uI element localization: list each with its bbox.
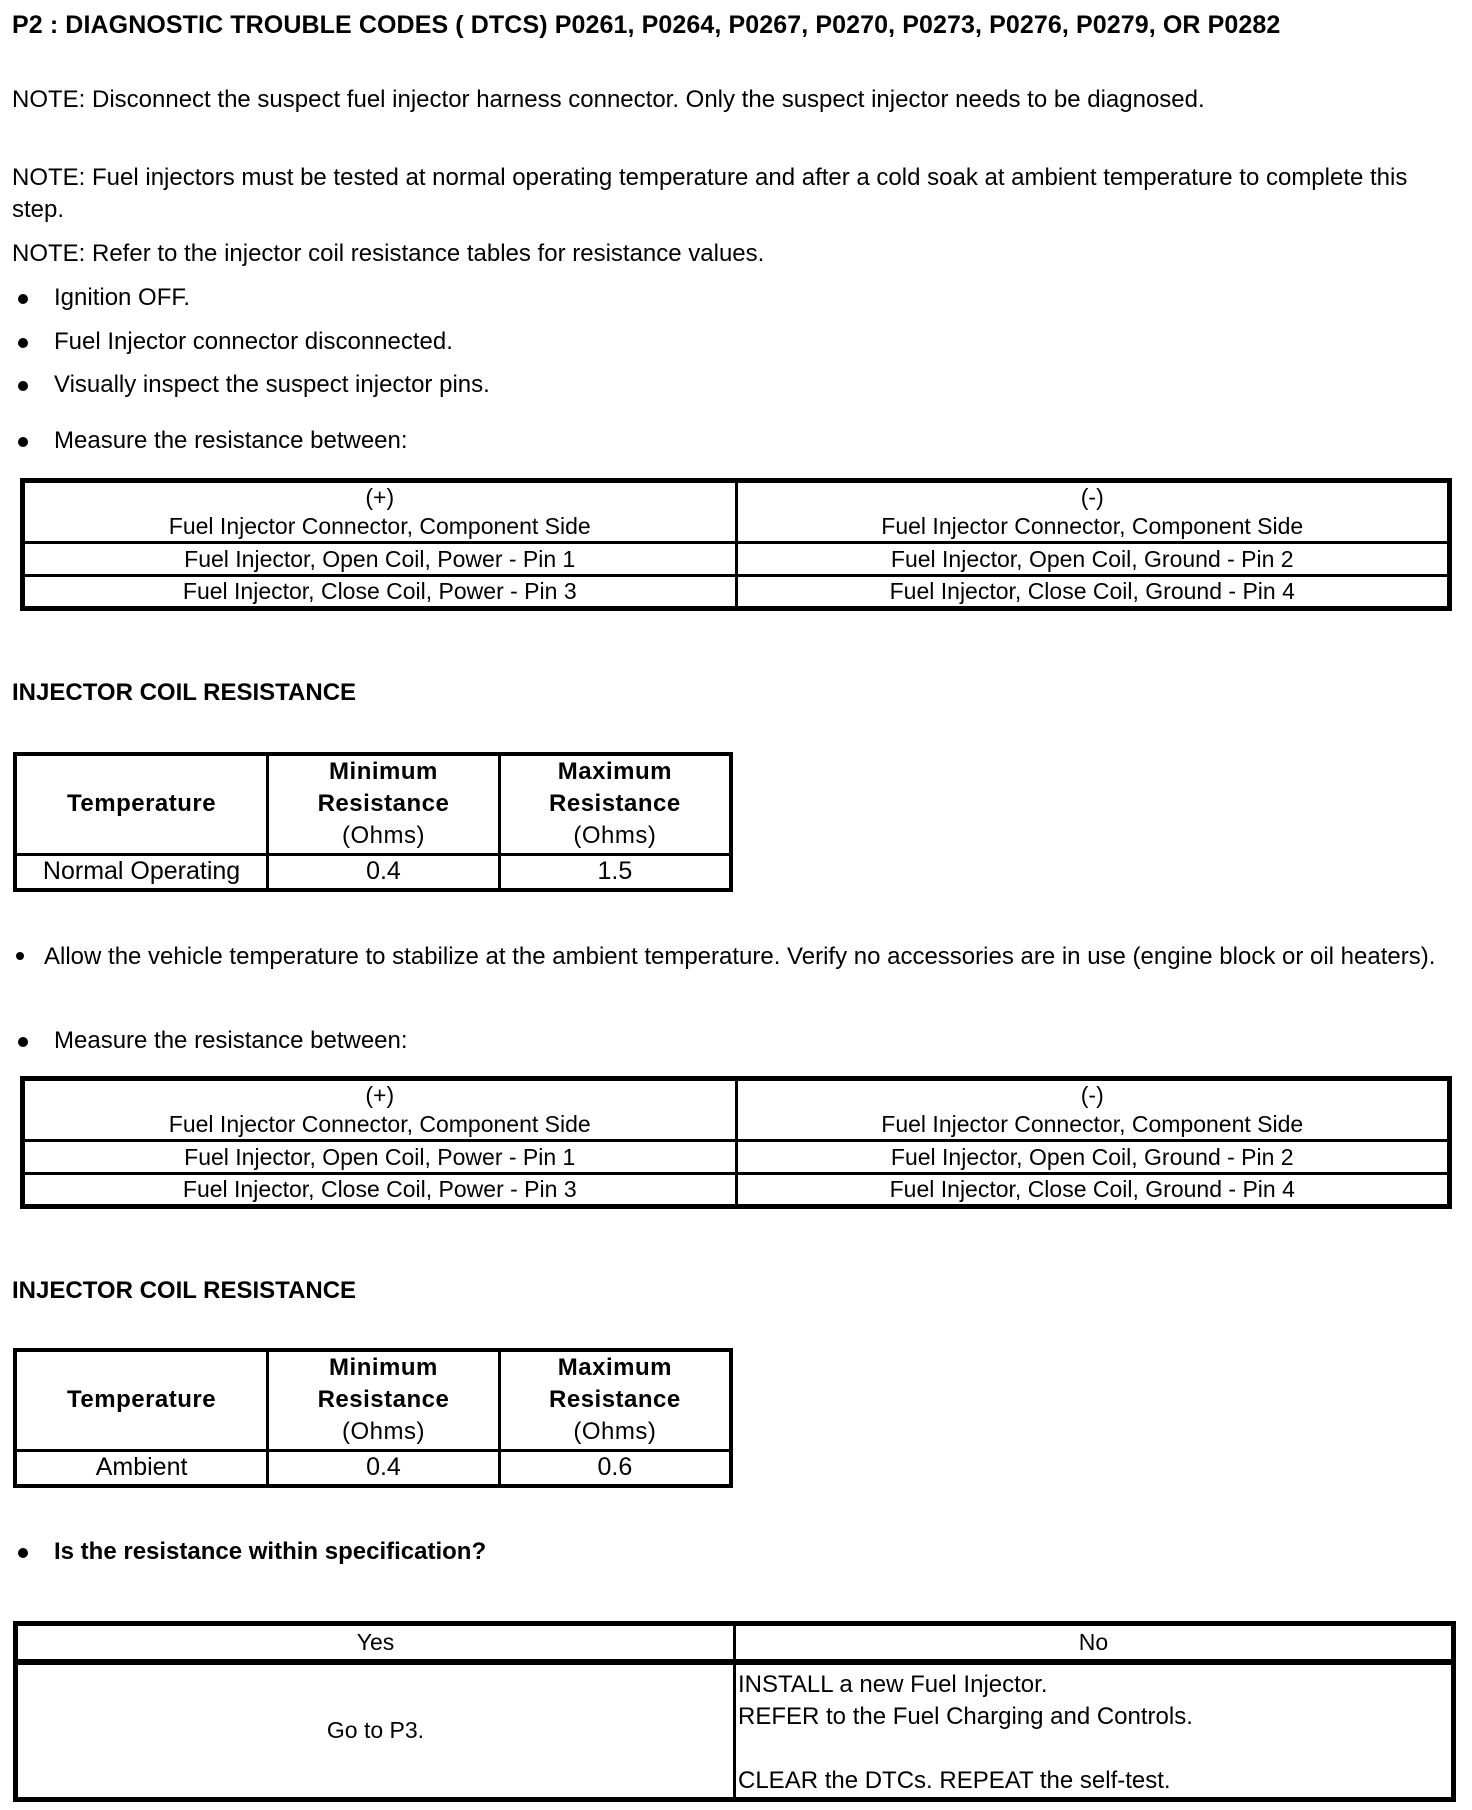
max-resistance-cell: 0.6: [499, 1450, 731, 1486]
yes-action-cell: Go to P3.: [16, 1662, 735, 1800]
positive-header-cell: (+) Fuel Injector Connector, Component S…: [23, 481, 737, 543]
step-ignition-off: Ignition OFF.: [12, 282, 1452, 314]
step-connector-disconnected: Fuel Injector connector disconnected.: [12, 326, 1452, 358]
table-row: Fuel Injector, Close Coil, Power - Pin 3…: [23, 1174, 1450, 1207]
step-text: Fuel Injector connector disconnected.: [54, 326, 453, 358]
step-measure-resistance-2: Measure the resistance between:: [12, 1025, 1452, 1057]
min-resistance-header: Minimum Resistance (Ohms): [268, 1350, 500, 1450]
negative-label: (-): [742, 1081, 1444, 1110]
table-header-row: Yes No: [16, 1624, 1454, 1662]
header-line: (Ohms): [269, 820, 498, 852]
header-line: Resistance: [269, 1384, 498, 1416]
negative-label: (-): [742, 483, 1444, 512]
note-temperature: NOTE: Fuel injectors must be tested at n…: [12, 162, 1452, 226]
resistance-table-ambient: Temperature Minimum Resistance (Ohms) Ma…: [13, 1348, 733, 1488]
positive-label: (+): [29, 1081, 731, 1110]
section-heading-resistance-2: INJECTOR COIL RESISTANCE: [12, 1276, 356, 1306]
step-text: Allow the vehicle temperature to stabili…: [44, 943, 1435, 970]
question-text: Is the resistance within specification?: [54, 1536, 486, 1568]
header-line: Maximum: [501, 756, 729, 788]
note-disconnect: NOTE: Disconnect the suspect fuel inject…: [12, 84, 1452, 116]
header-line: Minimum: [269, 1352, 498, 1384]
table-row: Fuel Injector, Open Coil, Power - Pin 1 …: [23, 543, 1450, 576]
header-line: Resistance: [501, 788, 729, 820]
header-line: Maximum: [501, 1352, 729, 1384]
bullet-icon: [18, 1548, 28, 1558]
temperature-cell: Normal Operating: [15, 854, 268, 890]
negative-header-cell: (-) Fuel Injector Connector, Component S…: [736, 481, 1450, 543]
table-cell: Fuel Injector, Close Coil, Ground - Pin …: [736, 1174, 1450, 1207]
resistance-table-normal: Temperature Minimum Resistance (Ohms) Ma…: [13, 752, 733, 892]
positive-label: (+): [29, 483, 731, 512]
table-cell: Fuel Injector, Close Coil, Power - Pin 3: [23, 1174, 737, 1207]
max-resistance-header: Maximum Resistance (Ohms): [499, 1350, 731, 1450]
header-line: (Ohms): [501, 820, 729, 852]
table-cell: Fuel Injector, Open Coil, Power - Pin 1: [23, 543, 737, 576]
header-line: (Ohms): [501, 1416, 729, 1448]
header-line: (Ohms): [269, 1416, 498, 1448]
positive-side-label: Fuel Injector Connector, Component Side: [29, 512, 731, 541]
bullet-icon: [18, 437, 28, 447]
no-action-clear: CLEAR the DTCs. REPEAT the self-test.: [738, 1765, 1451, 1797]
question-within-spec: Is the resistance within specification?: [12, 1536, 1452, 1568]
pin-measurement-table-2: (+) Fuel Injector Connector, Component S…: [20, 1076, 1452, 1209]
note-refer-tables: NOTE: Refer to the injector coil resista…: [12, 238, 1452, 270]
yes-header: Yes: [16, 1624, 735, 1662]
max-resistance-header: Maximum Resistance (Ohms): [499, 754, 731, 854]
header-line: Resistance: [501, 1384, 729, 1416]
step-text: Ignition OFF.: [54, 282, 190, 314]
step-stabilize-ambient: Allow the vehicle temperature to stabili…: [12, 941, 1452, 973]
negative-side-label: Fuel Injector Connector, Component Side: [742, 512, 1444, 541]
no-action-refer[interactable]: REFER to the Fuel Charging and Controls.: [738, 1701, 1451, 1733]
negative-side-label: Fuel Injector Connector, Component Side: [742, 1110, 1444, 1139]
bullet-icon: [18, 381, 28, 391]
table-header-row: (+) Fuel Injector Connector, Component S…: [23, 1079, 1450, 1141]
header-line: Minimum: [269, 756, 498, 788]
min-resistance-cell: 0.4: [268, 1450, 500, 1486]
bullet-icon: [18, 294, 28, 304]
negative-header-cell: (-) Fuel Injector Connector, Component S…: [736, 1079, 1450, 1141]
step-inspect-pins: Visually inspect the suspect injector pi…: [12, 369, 1452, 401]
step-measure-resistance: Measure the resistance between:: [12, 425, 1452, 457]
decision-table: Yes No Go to P3. INSTALL a new Fuel Inje…: [13, 1621, 1456, 1802]
table-row: Ambient 0.4 0.6: [15, 1450, 731, 1486]
table-header-row: Temperature Minimum Resistance (Ohms) Ma…: [15, 1350, 731, 1450]
min-resistance-cell: 0.4: [268, 854, 500, 890]
page-title: P2 : DIAGNOSTIC TROUBLE CODES ( DTCS) P0…: [12, 10, 1452, 41]
table-row: Fuel Injector, Open Coil, Power - Pin 1 …: [23, 1141, 1450, 1174]
table-cell: Fuel Injector, Open Coil, Ground - Pin 2: [736, 1141, 1450, 1174]
step-text: Visually inspect the suspect injector pi…: [54, 369, 490, 401]
table-row: Normal Operating 0.4 1.5: [15, 854, 731, 890]
positive-header-cell: (+) Fuel Injector Connector, Component S…: [23, 1079, 737, 1141]
spacer: [738, 1733, 1451, 1765]
table-cell: Fuel Injector, Close Coil, Ground - Pin …: [736, 576, 1450, 609]
go-to-p3-link[interactable]: Go to P3.: [327, 1717, 424, 1743]
temperature-header: Temperature: [15, 1350, 268, 1450]
table-cell: Fuel Injector, Open Coil, Ground - Pin 2: [736, 543, 1450, 576]
header-line: Resistance: [269, 788, 498, 820]
table-cell: Fuel Injector, Open Coil, Power - Pin 1: [23, 1141, 737, 1174]
bullet-icon: [18, 338, 28, 348]
table-cell: Fuel Injector, Close Coil, Power - Pin 3: [23, 576, 737, 609]
no-action-cell: INSTALL a new Fuel Injector. REFER to th…: [735, 1662, 1454, 1800]
step-text: Measure the resistance between:: [54, 1025, 408, 1057]
no-header: No: [735, 1624, 1454, 1662]
section-heading-resistance-1: INJECTOR COIL RESISTANCE: [12, 678, 356, 708]
step-text: Measure the resistance between:: [54, 425, 408, 457]
positive-side-label: Fuel Injector Connector, Component Side: [29, 1110, 731, 1139]
pin-measurement-table-1: (+) Fuel Injector Connector, Component S…: [20, 478, 1452, 611]
temperature-cell: Ambient: [15, 1450, 268, 1486]
min-resistance-header: Minimum Resistance (Ohms): [268, 754, 500, 854]
table-row: Go to P3. INSTALL a new Fuel Injector. R…: [16, 1662, 1454, 1800]
no-action-install: INSTALL a new Fuel Injector.: [738, 1669, 1451, 1701]
max-resistance-cell: 1.5: [499, 854, 731, 890]
bullet-icon: [16, 952, 24, 960]
table-header-row: Temperature Minimum Resistance (Ohms) Ma…: [15, 754, 731, 854]
temperature-header: Temperature: [15, 754, 268, 854]
table-header-row: (+) Fuel Injector Connector, Component S…: [23, 481, 1450, 543]
table-row: Fuel Injector, Close Coil, Power - Pin 3…: [23, 576, 1450, 609]
bullet-icon: [18, 1037, 28, 1047]
